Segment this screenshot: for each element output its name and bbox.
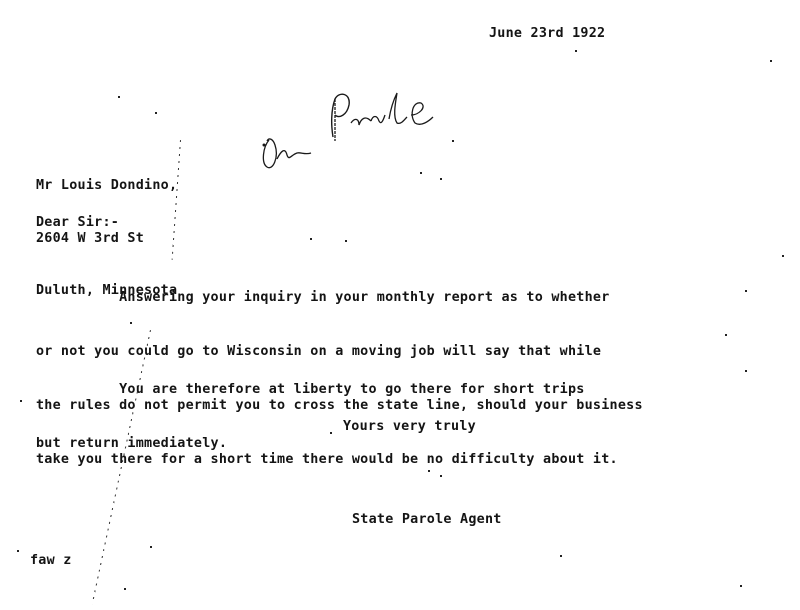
scan-speck (330, 432, 332, 434)
letter-date: June 23rd 1922 (489, 26, 605, 42)
handwritten-annotation-on-parole (255, 85, 455, 185)
scan-speck (420, 172, 422, 174)
paragraph-line: You are therefore at liberty to go there… (36, 381, 585, 399)
scan-speck (310, 238, 312, 240)
paragraph-line: Answering your inquiry in your monthly r… (36, 289, 643, 307)
scan-speck (782, 255, 784, 257)
scan-speck (428, 470, 430, 472)
letter-page: June 23rd 1922 Mr Louis Dondino, 2604 W … (0, 0, 800, 610)
scan-speck (770, 60, 772, 62)
scan-speck (740, 585, 742, 587)
scan-speck (725, 334, 727, 336)
scan-speck (745, 370, 747, 372)
scan-speck (440, 178, 442, 180)
recipient-name: Mr Louis Dondino, (36, 177, 177, 195)
scan-speck (155, 112, 157, 114)
scan-speck (560, 555, 562, 557)
scan-speck (745, 290, 747, 292)
signature-title: State Parole Agent (352, 512, 502, 528)
salutation: Dear Sir:- (36, 215, 119, 231)
typist-initials: faw z (30, 553, 72, 569)
body-paragraph-2: You are therefore at liberty to go there… (36, 345, 585, 489)
closing: Yours very truly (343, 419, 476, 435)
paragraph-line: but return immediately. (36, 435, 585, 453)
scan-speck (118, 96, 120, 98)
recipient-street: 2604 W 3rd St (36, 230, 177, 248)
scan-speck (345, 240, 347, 242)
scan-speck (130, 322, 132, 324)
scan-speck (20, 400, 22, 402)
scan-speck (17, 550, 19, 552)
scan-speck (575, 50, 577, 52)
scan-speck (452, 140, 454, 142)
scan-speck (124, 588, 126, 590)
scan-speck (440, 475, 442, 477)
scan-speck (150, 546, 152, 548)
